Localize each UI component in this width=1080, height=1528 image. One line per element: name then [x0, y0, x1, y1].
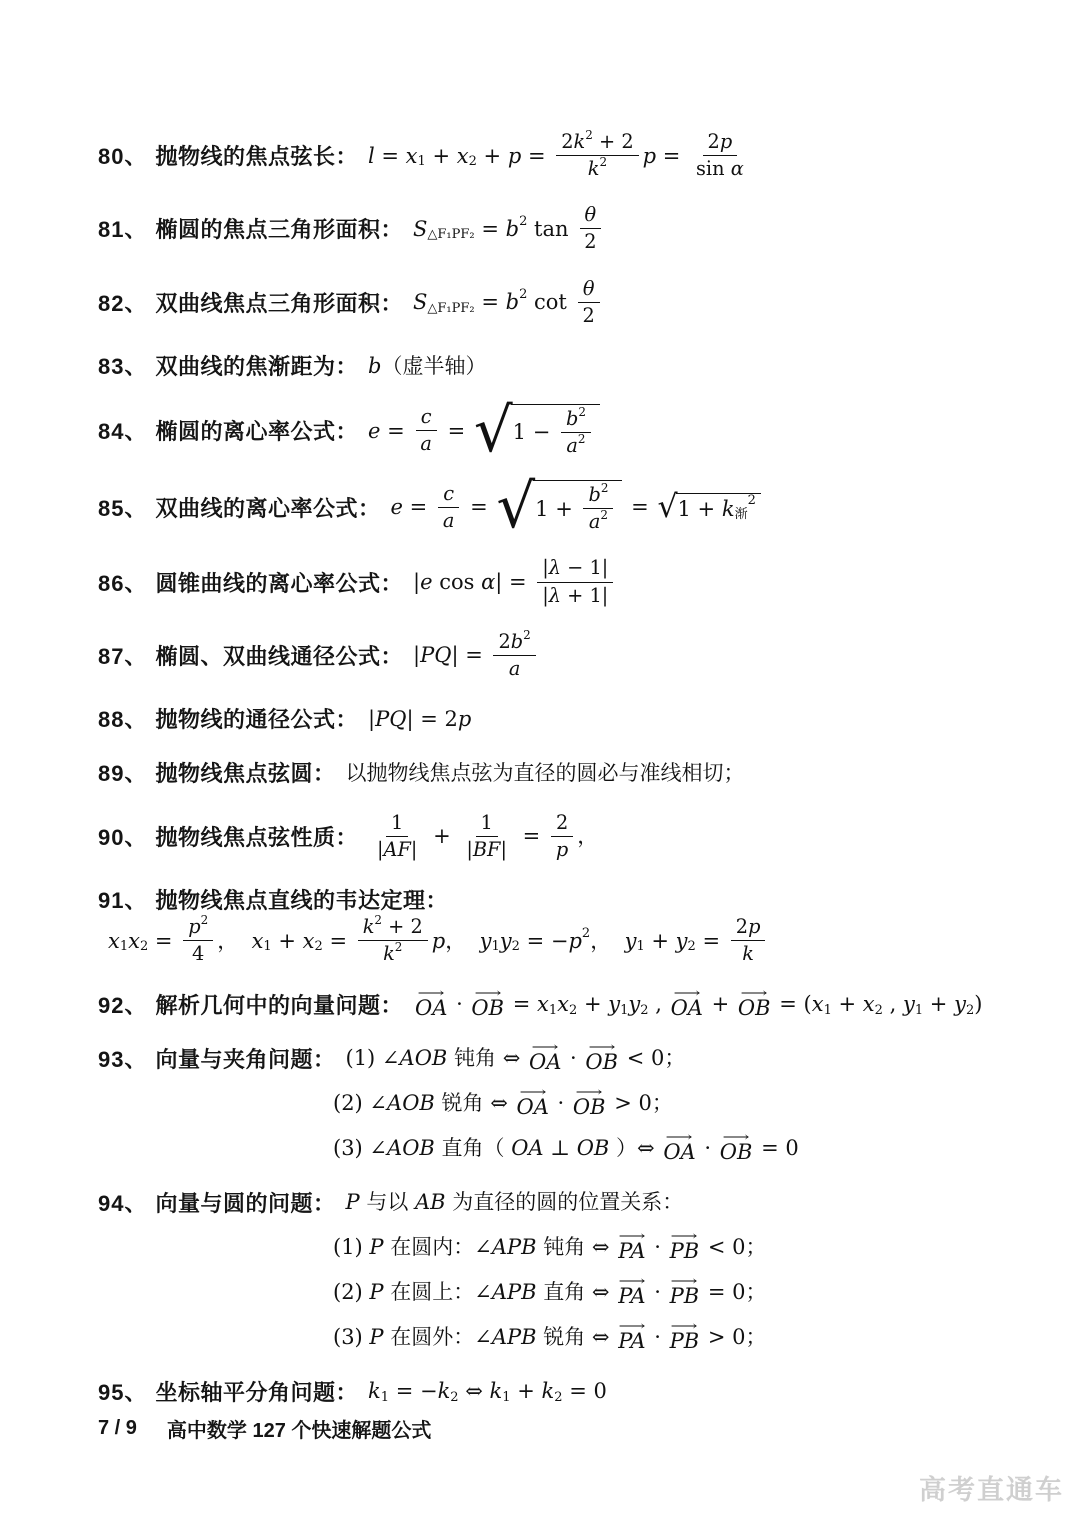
math-text: 1 − — [513, 419, 557, 445]
math-text: < 0； — [620, 1045, 685, 1071]
math-var: e — [391, 494, 403, 520]
fraction-numerator: 1 — [476, 811, 498, 837]
math-text: · — [648, 1324, 668, 1350]
formula-continuation-line: (1) P 在圆内：∠APB 钝角 ⇔ ⟶PA · ⟶PB < 0； — [323, 1232, 1040, 1264]
formula: P 与以 AB 为直径的圆的位置关系： — [346, 1189, 684, 1215]
math-var: AOB — [387, 1090, 435, 1116]
item-number: 80、 — [98, 140, 147, 171]
subscript: 1 — [620, 1003, 628, 1019]
formula-line: 80、抛物线的焦点弦长：l = x1 + x2 + p = 2k2 + 2k2p… — [98, 130, 1040, 181]
math-text: 2 — [708, 130, 720, 154]
math-text: = — [375, 143, 406, 169]
vector: ⟶PA — [618, 1232, 645, 1263]
math-text: | = — [495, 569, 533, 595]
item-heading: 82、双曲线焦点三角形面积： — [98, 287, 403, 318]
vector-arrow-icon: ⟶ — [673, 989, 700, 997]
math-var: P — [369, 1234, 383, 1260]
math-text: 在圆外：∠ — [384, 1324, 492, 1350]
math-text: 以抛物线焦点弦为直径的圆必与准线相切； — [346, 760, 745, 786]
watermark-text: 高考直通车 — [919, 1468, 1064, 1507]
subscript: 1 — [263, 939, 271, 955]
superscript: 2 — [523, 628, 531, 643]
vector: ⟶OB — [720, 1133, 753, 1164]
vector-arrow-icon: ⟶ — [474, 989, 501, 997]
page-footer: 7 / 9 高中数学 127 个快速解题公式 — [98, 1414, 431, 1443]
math-text: 2 — [583, 304, 595, 328]
math-text: + 1| — [561, 584, 608, 608]
math-var: y — [676, 928, 688, 954]
math-text: , — [883, 991, 903, 1017]
math-text: 2 — [556, 811, 568, 835]
math-var: a — [443, 509, 455, 533]
math-text: − 1| — [561, 556, 608, 580]
math-text: = 0； — [701, 1279, 766, 1305]
formula-line: 89、抛物线焦点弦圆：以抛物线焦点弦为直径的圆必与准线相切； — [98, 757, 1040, 789]
fraction: 2b2a — [493, 630, 535, 681]
subscript: 1 — [120, 939, 128, 955]
formula-line: 90、抛物线焦点弦性质：1|AF| + 1|BF| = 2p， — [98, 811, 1040, 862]
math-text: cot — [527, 289, 573, 315]
math-text: 在圆内：∠ — [384, 1234, 492, 1260]
vector: ⟶OB — [585, 1043, 618, 1074]
vector-base: PA — [618, 1240, 645, 1263]
math-var: x — [557, 991, 569, 1017]
item-heading: 90、抛物线焦点弦性质： — [98, 821, 358, 852]
vector: ⟶PB — [670, 1277, 700, 1308]
math-text: + — [272, 928, 303, 954]
math-var: p — [748, 915, 760, 939]
math-text: 与以 — [360, 1189, 415, 1215]
math-text: 1 — [391, 811, 403, 835]
vector-arrow-icon: ⟶ — [588, 1043, 615, 1051]
math-text: 为直径的圆的位置关系： — [446, 1189, 684, 1215]
formula-item: 81、椭圆的焦点三角形面积：S△F₁PF₂ = b2 tan θ2 — [98, 203, 1040, 254]
vector-base: OB — [471, 997, 504, 1020]
math-text: | — [413, 569, 420, 595]
vector-arrow-icon: ⟶ — [723, 1133, 750, 1141]
math-var: k — [490, 1378, 503, 1404]
fraction-denominator: p — [551, 837, 573, 862]
vector-base: PB — [670, 1330, 700, 1353]
math-var: BF — [473, 838, 501, 862]
item-heading: 81、椭圆的焦点三角形面积： — [98, 213, 403, 244]
math-var: b — [506, 289, 519, 315]
item-number: 85、 — [98, 492, 147, 523]
math-var: p — [188, 915, 200, 939]
item-number: 87、 — [98, 640, 147, 671]
math-var: θ — [585, 203, 597, 227]
formula-item: 88、抛物线的通径公式：|PQ| = 2p — [98, 703, 1040, 735]
math-text: + — [832, 991, 863, 1017]
item-heading: 83、双曲线的焦渐距为： — [98, 350, 358, 381]
vector-base: PA — [618, 1330, 645, 1353]
superscript: 2 — [601, 481, 609, 496]
math-text: ， — [445, 928, 479, 954]
math-var: x — [812, 991, 824, 1017]
vector-base: OA — [415, 997, 447, 1020]
formula-line: 91、抛物线焦点直线的韦达定理：x1x2 = p24， x1 + x2 = k2… — [98, 884, 1040, 966]
formula-item: 89、抛物线焦点弦圆：以抛物线焦点弦为直径的圆必与准线相切； — [98, 757, 1040, 789]
fraction-numerator: 2k2 + 2 — [556, 130, 638, 156]
fraction-numerator: k2 + 2 — [358, 915, 428, 941]
math-var: k — [438, 1378, 451, 1404]
item-label: 双曲线焦点三角形面积： — [155, 287, 403, 318]
item-number: 86、 — [98, 567, 147, 598]
fraction-denominator: a2 — [561, 433, 590, 458]
fraction-denominator: 2 — [578, 303, 600, 328]
math-var: λ — [549, 584, 561, 608]
formula-item: 82、双曲线焦点三角形面积：S△F₁PF₂ = b2 cot θ2 — [98, 277, 1040, 328]
math-var: x — [406, 143, 418, 169]
fraction-numerator: 1 — [386, 811, 408, 837]
math-text: · — [449, 991, 469, 1017]
item-label: 抛物线焦点弦性质： — [155, 821, 358, 852]
math-text: + — [426, 823, 457, 849]
item-heading: 89、抛物线焦点弦圆： — [98, 757, 336, 788]
subscript: 2 — [569, 1003, 577, 1019]
vector-base: OA — [671, 997, 703, 1020]
formula-item: 85、双曲线的离心率公式：e = ca = √1 + b2a2 = √1 + k… — [98, 480, 1040, 534]
formula-line: 94、向量与圆的问题：P 与以 AB 为直径的圆的位置关系： — [98, 1187, 1040, 1219]
vector: ⟶OB — [471, 989, 504, 1020]
math-var: λ — [549, 556, 561, 580]
math-var: p — [432, 928, 445, 954]
formula: (3) P 在圆外：∠APB 锐角 ⇔ ⟶PA · ⟶PB > 0； — [333, 1322, 766, 1353]
item-heading: 87、椭圆、双曲线通径公式： — [98, 640, 403, 671]
fraction: 2k2 + 2k2 — [556, 130, 638, 181]
subscript: 2 — [554, 1390, 562, 1406]
item-number: 82、 — [98, 287, 147, 318]
radical-sign: √ — [496, 481, 535, 533]
vector: ⟶PA — [618, 1277, 645, 1308]
sqrt: √1 + k渐2 — [657, 493, 760, 522]
item-label: 双曲线的离心率公式： — [155, 492, 380, 523]
math-var: k — [383, 942, 395, 966]
fraction: |λ − 1||λ + 1| — [537, 556, 613, 607]
math-text: (1) — [333, 1234, 369, 1260]
math-var: OA — [511, 1135, 543, 1161]
vector-base: OA — [516, 1096, 548, 1119]
formula: |PQ| = 2b2a — [413, 630, 540, 681]
item-number: 93、 — [98, 1043, 147, 1074]
formula: ⟶OA · ⟶OB = x1x2 + y1y2 , ⟶OA + ⟶OB = (x… — [413, 989, 982, 1020]
item-label: 抛物线的焦点弦长： — [155, 140, 358, 171]
item-label: 椭圆、双曲线通径公式： — [155, 640, 403, 671]
math-var: AOB — [400, 1045, 448, 1071]
fraction-numerator: θ — [578, 277, 600, 303]
math-text: > 0； — [701, 1324, 766, 1350]
math-text: 2 — [498, 630, 510, 654]
formula-list: 80、抛物线的焦点弦长：l = x1 + x2 + p = 2k2 + 2k2p… — [98, 130, 1040, 1408]
math-text: = — [475, 289, 506, 315]
superscript: 2 — [519, 214, 527, 230]
math-var: x — [457, 143, 469, 169]
fraction-denominator: a — [504, 656, 526, 681]
fraction: k2 + 2k2 — [358, 915, 428, 966]
item-heading: 86、圆锥曲线的离心率公式： — [98, 567, 403, 598]
subscript: 2 — [469, 154, 477, 170]
math-text: 2 — [561, 130, 573, 154]
math-var: α — [731, 157, 744, 181]
vector: ⟶PA — [618, 1322, 645, 1353]
formula: (1) ∠AOB 钝角 ⇔ ⟶OA · ⟶OB < 0； — [346, 1043, 686, 1074]
math-text: = 0 — [563, 1378, 607, 1404]
math-var: α — [481, 569, 495, 595]
math-var: y — [480, 928, 492, 954]
item-label: 椭圆的离心率公式： — [155, 415, 358, 446]
formula-item: 90、抛物线焦点弦性质：1|AF| + 1|BF| = 2p， — [98, 811, 1040, 862]
math-var: e — [368, 418, 380, 444]
item-heading: 91、抛物线焦点直线的韦达定理： — [98, 884, 448, 915]
fraction-denominator: a — [415, 431, 437, 456]
formula: (2) ∠AOB 锐角 ⇔ ⟶OA · ⟶OB > 0； — [333, 1088, 673, 1119]
math-text: 1 + — [678, 496, 722, 522]
superscript: 2 — [519, 287, 527, 303]
math-text: (2) ∠ — [333, 1090, 387, 1116]
math-var: S — [413, 216, 427, 242]
math-var: PQ — [420, 642, 451, 668]
subscript: 1 — [915, 1003, 923, 1019]
math-var: OB — [577, 1135, 610, 1161]
fraction-numerator: 2p — [731, 915, 766, 941]
math-var: x — [108, 928, 120, 954]
math-var: p — [568, 928, 581, 954]
math-text: = — [506, 991, 537, 1017]
math-var: AB — [415, 1189, 446, 1215]
fraction-numerator: |λ − 1| — [537, 556, 613, 582]
formula-item: 93、向量与夹角问题：(1) ∠AOB 钝角 ⇔ ⟶OA · ⟶OB < 0；(… — [98, 1043, 1040, 1165]
item-number: 83、 — [98, 350, 147, 381]
math-text: < 0； — [701, 1234, 766, 1260]
math-var: θ — [583, 277, 595, 301]
vector-arrow-icon: ⟶ — [671, 1232, 698, 1240]
vector: ⟶OB — [738, 989, 771, 1020]
math-text: (3) ∠ — [333, 1135, 387, 1161]
formula-line: 93、向量与夹角问题：(1) ∠AOB 钝角 ⇔ ⟶OA · ⟶OB < 0； — [98, 1043, 1040, 1075]
math-text: = — [521, 143, 552, 169]
item-heading: 92、解析几何中的向量问题： — [98, 989, 403, 1020]
math-var: P — [369, 1279, 383, 1305]
math-text: = 0 — [754, 1135, 798, 1161]
math-var: x — [537, 991, 549, 1017]
radical-sign: √ — [657, 494, 677, 521]
item-label: 圆锥曲线的离心率公式： — [155, 567, 403, 598]
math-text: (2) — [333, 1279, 369, 1305]
item-heading: 93、向量与夹角问题： — [98, 1043, 336, 1074]
math-var: PQ — [375, 706, 406, 732]
formula-item: 86、圆锥曲线的离心率公式：|e cos α| = |λ − 1||λ + 1| — [98, 556, 1040, 607]
math-text: + 2 — [382, 915, 423, 939]
math-text: = — [403, 494, 434, 520]
math-text: （虚半轴） — [381, 353, 486, 379]
formula-line: 86、圆锥曲线的离心率公式：|e cos α| = |λ − 1||λ + 1| — [98, 556, 1040, 607]
math-var: b — [588, 483, 600, 507]
math-var: a — [420, 432, 432, 456]
vector-base: OA — [529, 1051, 561, 1074]
item-label: 抛物线焦点直线的韦达定理： — [155, 884, 448, 915]
math-var: b — [506, 216, 519, 242]
fraction-denominator: 4 — [187, 941, 209, 966]
math-var: k — [542, 1378, 555, 1404]
fraction-numerator: c — [416, 405, 437, 431]
formula: |PQ| = 2p — [368, 706, 471, 732]
math-text: = — [475, 216, 506, 242]
fraction-numerator: b2 — [561, 407, 591, 433]
item-label: 抛物线焦点弦圆： — [155, 757, 335, 788]
formula-item: 95、坐标轴平分角问题：k1 = −k2 ⇔ k1 + k2 = 0 — [98, 1376, 1040, 1408]
math-var: x — [252, 928, 264, 954]
fraction-numerator: p2 — [183, 915, 213, 941]
vector: ⟶PB — [670, 1322, 700, 1353]
subscript: 2 — [140, 939, 148, 955]
formula: x1x2 = p24， x1 + x2 = k2 + 2k2p， y1y2 = … — [108, 915, 769, 966]
math-var: APB — [492, 1234, 537, 1260]
math-text: 在圆上：∠ — [384, 1279, 492, 1305]
item-label: 椭圆的焦点三角形面积： — [155, 213, 403, 244]
formula-line: 95、坐标轴平分角问题：k1 = −k2 ⇔ k1 + k2 = 0 — [98, 1376, 1040, 1408]
sqrt-body: 1 + b2a2 — [533, 480, 622, 534]
vector: ⟶OA — [671, 989, 703, 1020]
formula: 1|AF| + 1|BF| = 2p， — [368, 811, 598, 862]
math-var: k — [368, 1378, 381, 1404]
vector-arrow-icon: ⟶ — [532, 1043, 559, 1051]
math-text: 4 — [192, 942, 204, 966]
math-text: | = 2 — [406, 706, 457, 732]
subscript: 1 — [549, 1003, 557, 1019]
math-text: + — [477, 143, 508, 169]
math-var: y — [500, 928, 512, 954]
math-text: = — [696, 928, 727, 954]
fraction-denominator: k2 — [583, 156, 612, 181]
math-var: e — [420, 569, 432, 595]
math-var: c — [443, 482, 454, 506]
math-text: 锐角 ⇔ — [435, 1090, 515, 1116]
subscript: △F₁PF₂ — [427, 301, 474, 317]
math-var: k — [363, 915, 375, 939]
math-text: · — [563, 1045, 583, 1071]
math-text: = — [323, 928, 354, 954]
formula-item: 94、向量与圆的问题：P 与以 AB 为直径的圆的位置关系：(1) P 在圆内：… — [98, 1187, 1040, 1354]
subscript: 2 — [875, 1003, 883, 1019]
math-text: 钝角 ⇔ — [537, 1234, 617, 1260]
formula-continuation-line: (2) P 在圆上：∠APB 直角 ⇔ ⟶PA · ⟶PB = 0； — [323, 1277, 1040, 1309]
math-text: 2 — [584, 230, 596, 254]
item-label: 抛物线的通径公式： — [155, 703, 358, 734]
math-text: = — [441, 418, 472, 444]
math-var: x — [863, 991, 875, 1017]
math-text: ⇔ — [459, 1378, 490, 1404]
fraction: 1|BF| — [461, 811, 512, 862]
math-text: 钝角 ⇔ — [447, 1045, 527, 1071]
subscript: 1 — [381, 1390, 389, 1406]
math-text: 1 + — [535, 496, 579, 522]
fraction-numerator: 2 — [551, 811, 573, 837]
math-var: p — [643, 143, 656, 169]
math-text: sin — [696, 157, 731, 181]
formula: e = ca = √1 − b2a2 — [368, 404, 602, 458]
fraction: p24 — [183, 915, 213, 966]
math-var: c — [421, 405, 432, 429]
math-var: p — [508, 143, 521, 169]
formula: |e cos α| = |λ − 1||λ + 1| — [413, 556, 617, 607]
superscript: 2 — [578, 432, 586, 447]
math-text: ）⇔ — [609, 1135, 661, 1161]
math-text: + — [511, 1378, 542, 1404]
math-text: ， — [590, 928, 624, 954]
item-number: 92、 — [98, 989, 147, 1020]
fraction: ca — [438, 482, 460, 533]
superscript: 2 — [585, 128, 593, 143]
vector-arrow-icon: ⟶ — [671, 1277, 698, 1285]
math-text: 直角 ⇔ — [537, 1279, 617, 1305]
formula-item: 87、椭圆、双曲线通径公式：|PQ| = 2b2a — [98, 630, 1040, 681]
vector-arrow-icon: ⟶ — [418, 989, 445, 997]
math-var: y — [903, 991, 915, 1017]
subscript: 2 — [966, 1003, 974, 1019]
math-text: + — [923, 991, 954, 1017]
vector: ⟶OA — [516, 1088, 548, 1119]
math-text: = — [463, 494, 494, 520]
formula: l = x1 + x2 + p = 2k2 + 2k2p = 2psin α — [368, 130, 753, 181]
formula-item: 80、抛物线的焦点弦长：l = x1 + x2 + p = 2k2 + 2k2p… — [98, 130, 1040, 181]
sqrt-body: 1 + k渐2 — [676, 493, 761, 522]
item-number: 91、 — [98, 884, 147, 915]
formula: e = ca = √1 + b2a2 = √1 + k渐2 — [391, 480, 763, 534]
math-text: = ( — [773, 991, 812, 1017]
fraction-denominator: |λ + 1| — [537, 583, 613, 608]
subscript: 1 — [636, 939, 644, 955]
vector-arrow-icon: ⟶ — [618, 1232, 645, 1240]
fraction-denominator: a — [438, 508, 460, 533]
math-var: x — [303, 928, 315, 954]
math-var: y — [608, 991, 620, 1017]
vector-base: PB — [670, 1240, 700, 1263]
radical-sign: √ — [474, 405, 513, 457]
vector: ⟶OA — [415, 989, 447, 1020]
fraction-denominator: k — [737, 941, 759, 966]
math-text: + — [426, 143, 457, 169]
vector-base: OB — [720, 1141, 753, 1164]
math-var: P — [346, 1189, 360, 1215]
sqrt: √1 − b2a2 — [474, 404, 600, 458]
vector-arrow-icon: ⟶ — [576, 1088, 603, 1096]
formula: (3) ∠AOB 直角（ OA ⊥ OB ）⇔ ⟶OA · ⟶OB = 0 — [333, 1133, 799, 1164]
fraction-denominator: sin α — [691, 156, 749, 181]
vector-arrow-icon: ⟶ — [671, 1322, 698, 1330]
math-text: | = — [451, 642, 489, 668]
fraction: 2p — [551, 811, 573, 862]
fraction-numerator: c — [438, 482, 459, 508]
math-var: P — [369, 1324, 383, 1350]
formula-item: 92、解析几何中的向量问题：⟶OA · ⟶OB = x1x2 + y1y2 , … — [98, 989, 1040, 1021]
subscript: 渐 — [735, 507, 748, 523]
math-var: a — [509, 657, 521, 681]
math-var: l — [368, 143, 375, 169]
subscript: 2 — [314, 939, 322, 955]
item-number: 84、 — [98, 415, 147, 446]
formula-item: 91、抛物线焦点直线的韦达定理：x1x2 = p24， x1 + x2 = k2… — [98, 884, 1040, 966]
vector-arrow-icon: ⟶ — [666, 1133, 693, 1141]
math-text: + — [645, 928, 676, 954]
vector-base: PB — [670, 1285, 700, 1308]
math-text: 2 — [736, 915, 748, 939]
math-var: y — [954, 991, 966, 1017]
math-text: = − — [520, 928, 569, 954]
footer-title: 高中数学 127 个快速解题公式 — [167, 1414, 431, 1443]
subscript: 2 — [450, 1390, 458, 1406]
item-label: 解析几何中的向量问题： — [155, 989, 403, 1020]
superscript: 2 — [748, 493, 756, 509]
